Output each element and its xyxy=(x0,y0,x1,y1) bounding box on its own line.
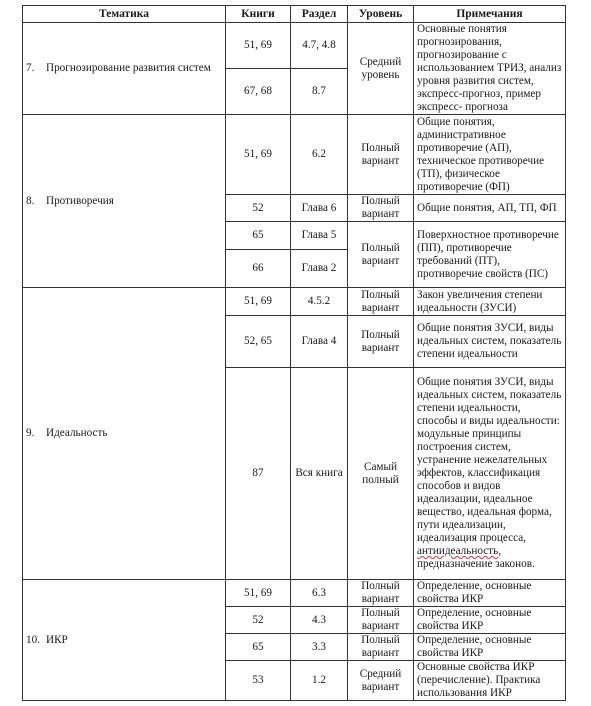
table-row: 10.ИКР 51, 69 6.3 Полный вариант Определ… xyxy=(23,580,566,607)
note-cell: Определение, основные свойства ИКР xyxy=(414,607,566,634)
section-cell: Глава 5 xyxy=(291,222,348,250)
note-cell: Определение, основные свойства ИКР xyxy=(414,580,566,607)
topic-title: Прогнозирование развития систем xyxy=(46,62,211,74)
books-cell: 51, 69 xyxy=(226,288,291,316)
note-cell: Общие понятия ЗУСИ, виды идеальных систе… xyxy=(414,368,566,580)
books-cell: 51, 69 xyxy=(226,115,291,195)
header-books: Книги xyxy=(226,6,291,23)
note-cell: Общие понятия ЗУСИ, виды идеальных систе… xyxy=(414,316,566,368)
header-level: Уровень xyxy=(348,6,414,23)
section-cell: Глава 6 xyxy=(291,195,348,222)
section-cell: 6.3 xyxy=(291,580,348,607)
level-cell: Полный вариант xyxy=(348,222,414,288)
level-cell: Полный вариант xyxy=(348,195,414,222)
books-cell: 66 xyxy=(226,250,291,288)
level-cell: Полный вариант xyxy=(348,607,414,634)
section-cell: 8.7 xyxy=(291,69,348,115)
topic-title: ИКР xyxy=(46,634,68,646)
level-cell: Полный вариант xyxy=(348,316,414,368)
books-cell: 51, 69 xyxy=(226,580,291,607)
note-cell: Основные свойства ИКР (перечисление). Пр… xyxy=(414,661,566,701)
level-cell: Средний уровень xyxy=(348,23,414,115)
header-topic: Тематика xyxy=(23,6,226,23)
books-cell: 65 xyxy=(226,222,291,250)
header-row: Тематика Книги Раздел Уровень Примечания xyxy=(23,6,566,23)
section-cell: Глава 4 xyxy=(291,316,348,368)
topic-number: 8. xyxy=(26,195,46,208)
section-cell: Вся книга xyxy=(291,368,348,580)
level-cell: Полный вариант xyxy=(348,288,414,316)
section-cell: 1.2 xyxy=(291,661,348,701)
topics-table: Тематика Книги Раздел Уровень Примечания… xyxy=(22,5,566,701)
topic-title: Идеальность xyxy=(46,427,107,439)
header-section: Раздел xyxy=(291,6,348,23)
level-cell: Самый полный xyxy=(348,368,414,580)
note-cell: Основные понятия прогнозирования, прогно… xyxy=(414,23,566,115)
note-cell: Общие понятия, административное противор… xyxy=(414,115,566,195)
topic-cell: 10.ИКР xyxy=(23,580,226,701)
header-notes: Примечания xyxy=(414,6,566,23)
note-cell: Общие понятия, АП, ТП, ФП xyxy=(414,195,566,222)
books-cell: 52 xyxy=(226,195,291,222)
books-cell: 87 xyxy=(226,368,291,580)
table-row: 8.Противоречия 51, 69 6.2 Полный вариант… xyxy=(23,115,566,195)
section-cell: 3.3 xyxy=(291,634,348,661)
books-cell: 67, 68 xyxy=(226,69,291,115)
books-cell: 65 xyxy=(226,634,291,661)
books-cell: 53 xyxy=(226,661,291,701)
topic-cell: 8.Противоречия xyxy=(23,115,226,288)
topic-cell: 9.Идеальность xyxy=(23,288,226,580)
section-cell: Глава 2 xyxy=(291,250,348,288)
topic-cell: 7.Прогнозирование развития систем xyxy=(23,23,226,115)
books-cell: 51, 69 xyxy=(226,23,291,69)
section-cell: 4.7, 4.8 xyxy=(291,23,348,69)
section-cell: 6.2 xyxy=(291,115,348,195)
books-cell: 52 xyxy=(226,607,291,634)
level-cell: Полный вариант xyxy=(348,634,414,661)
section-cell: 4.5.2 xyxy=(291,288,348,316)
topic-title: Противоречия xyxy=(46,195,114,207)
section-cell: 4.3 xyxy=(291,607,348,634)
level-cell: Средний вариант xyxy=(348,661,414,701)
note-text: Общие понятия ЗУСИ, виды идеальных систе… xyxy=(417,376,561,544)
table-row: 7.Прогнозирование развития систем 51, 69… xyxy=(23,23,566,69)
books-cell: 52, 65 xyxy=(226,316,291,368)
level-cell: Полный вариант xyxy=(348,580,414,607)
topic-number: 10. xyxy=(26,634,46,647)
spellcheck-word: антиидеальность xyxy=(417,545,498,557)
table-row: 9.Идеальность 51, 69 4.5.2 Полный вариан… xyxy=(23,288,566,316)
note-cell: Поверхностное противоречие (ПП), противо… xyxy=(414,222,566,288)
topic-number: 9. xyxy=(26,427,46,440)
note-cell: Определение, основные свойства ИКР xyxy=(414,634,566,661)
level-cell: Полный вариант xyxy=(348,115,414,195)
topic-number: 7. xyxy=(26,62,46,75)
note-cell: Закон увеличения степени идеальности (ЗУ… xyxy=(414,288,566,316)
